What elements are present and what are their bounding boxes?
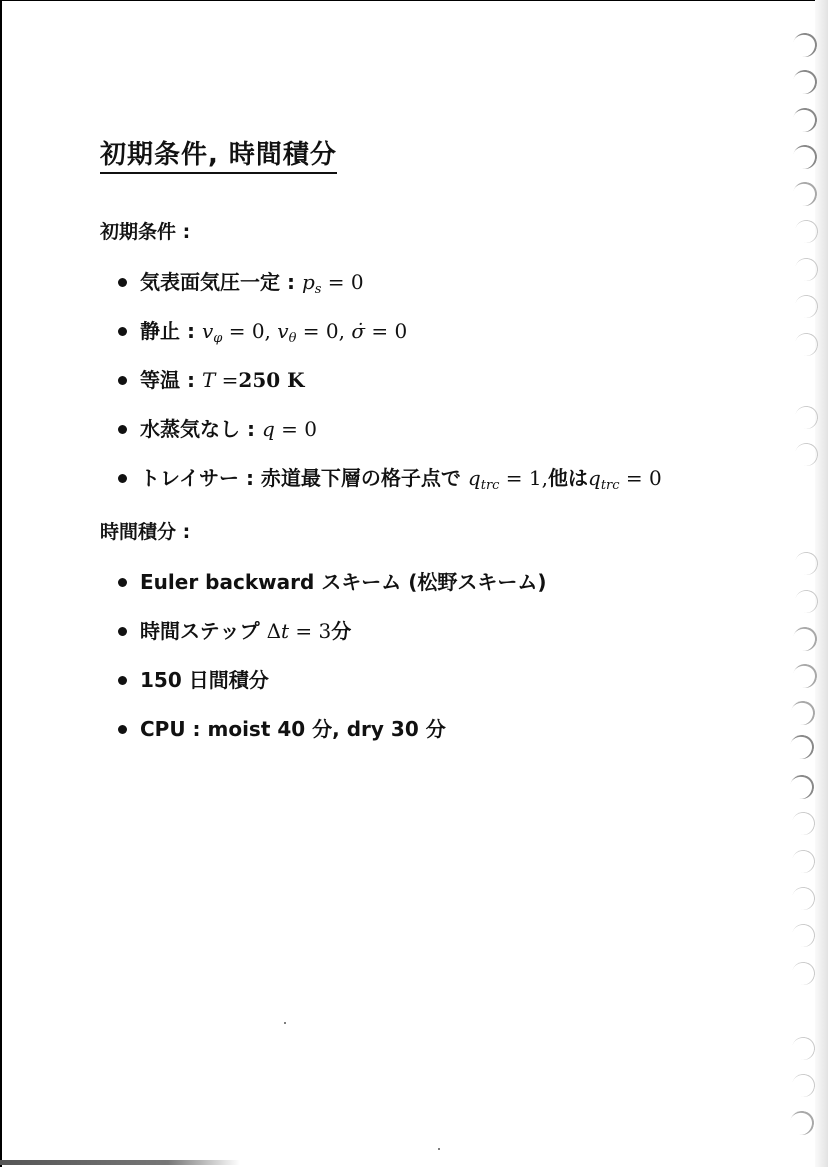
list-item: トレイサー : 赤道最下層の格子点で qtrc = 1, 他は qtrc = 0: [118, 466, 662, 515]
bullet-icon: [118, 725, 127, 734]
math-expression: qtrc = 1,: [468, 466, 548, 498]
section-heading-initial-conditions: 初期条件 :: [100, 217, 190, 244]
temperature-value: 250 K: [238, 368, 304, 392]
list-item: 気表面気圧一定 : ps = 0: [118, 270, 662, 319]
page-border-bottom: [0, 1160, 240, 1165]
binder-ring-icon: [789, 959, 817, 987]
list-item: 水蒸気なし : q = 0: [118, 417, 662, 466]
binder-ring-icon: [789, 1034, 817, 1062]
binder-ring-icon: [789, 809, 817, 837]
math-expression: ps = 0: [302, 270, 364, 302]
bullet-icon: [118, 627, 127, 636]
binder-ring-icon: [788, 698, 817, 727]
list-item: CPU : moist 40 分, dry 30 分: [118, 717, 546, 766]
binding-strip: [815, 0, 828, 1167]
bullet-icon: [118, 376, 127, 385]
section-heading-time-integration: 時間積分 :: [100, 517, 190, 544]
binder-ring-icon: [789, 847, 817, 875]
list-item: 等温 : T = 250 K: [118, 368, 662, 417]
math-expression: qtrc = 0: [588, 466, 662, 498]
binder-ring-icon: [789, 921, 817, 949]
math-expression: Δt = 3: [267, 619, 332, 643]
page-border-top: [0, 0, 828, 1]
list-item: Euler backward スキーム (松野スキーム): [118, 570, 546, 619]
math-expression: T =: [202, 368, 238, 392]
bullet-icon: [118, 474, 127, 483]
math-expression: q = 0: [262, 417, 317, 441]
math-expression: vφ = 0, vθ = 0, σ̇ = 0: [202, 319, 407, 351]
scan-speck: [284, 1022, 286, 1024]
list-item: 150 日間積分: [118, 668, 546, 717]
bullet-icon: [118, 676, 127, 685]
page-border-left: [0, 0, 2, 1167]
binder-ring-icon: [787, 732, 816, 761]
bullet-icon: [118, 278, 127, 287]
binder-ring-icon: [789, 884, 817, 912]
bullet-icon: [118, 425, 127, 434]
bullet-icon: [118, 578, 127, 587]
bullet-icon: [118, 327, 127, 336]
initial-conditions-list: 気表面気圧一定 : ps = 0 静止 : vφ = 0, vθ = 0, σ̇…: [118, 270, 662, 515]
binder-ring-icon: [787, 1108, 816, 1137]
scan-speck: [438, 1148, 440, 1150]
list-item: 静止 : vφ = 0, vθ = 0, σ̇ = 0: [118, 319, 662, 368]
binder-ring-icon: [789, 1071, 817, 1099]
list-item: 時間ステップ Δt = 3 分: [118, 619, 546, 668]
time-integration-list: Euler backward スキーム (松野スキーム) 時間ステップ Δt =…: [118, 570, 546, 766]
binder-ring-icon: [787, 772, 816, 801]
page-title: 初期条件, 時間積分: [100, 134, 337, 174]
